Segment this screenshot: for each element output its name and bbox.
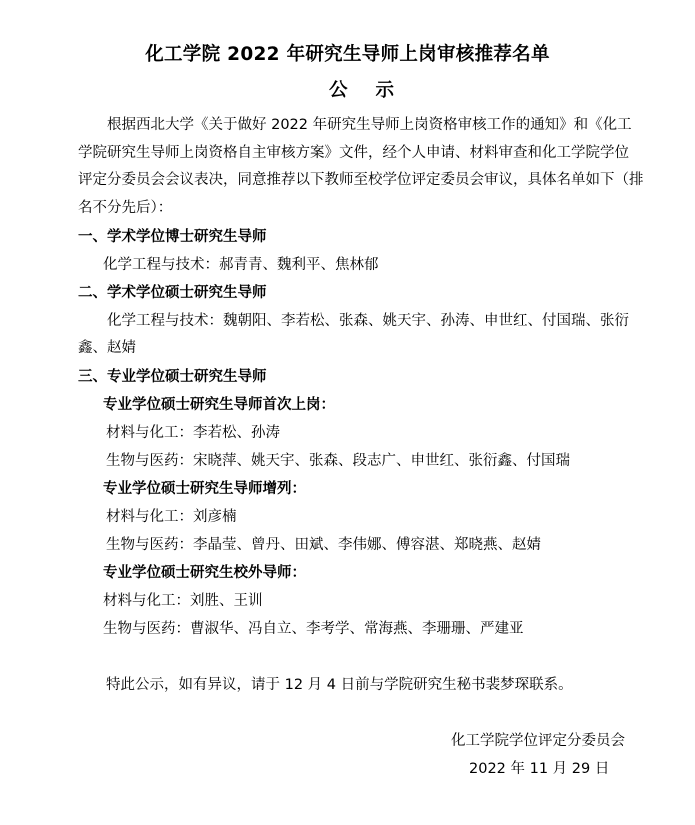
section-heading: 一、学术学位博士研究生导师 (78, 227, 267, 247)
document-subtitle: 公示 (0, 79, 695, 103)
section-heading: 二、学术学位硕士研究生导师 (78, 283, 267, 303)
name-list-line: 化学工程与技术：魏朝阳、李若松、张森、姚天宇、孙涛、申世红、付国瑞、张衍 (107, 311, 629, 331)
name-list-line: 生物与医药：宋晓萍、姚天宇、张森、段志广、申世红、张衍鑫、付国瑞 (106, 451, 570, 471)
name-list-line: 生物与医药：李晶莹、曾丹、田斌、李伟娜、傅容湛、郑晓燕、赵婧 (106, 535, 541, 555)
intro-line: 学院研究生导师上岗资格自主审核方案》文件，经个人申请、材料审查和化工学院学位 (78, 143, 629, 163)
name-list-line: 鑫、赵婧 (78, 338, 136, 358)
document-title: 化工学院 2022 年研究生导师上岗审核推荐名单 (0, 43, 695, 67)
name-list-line: 材料与化工：刘胜、王训 (103, 591, 263, 611)
name-list-line: 化学工程与技术：郝青青、魏利平、焦林郁 (103, 255, 379, 275)
signature-org: 化工学院学位评定分委员会 (451, 731, 625, 751)
name-list-line: 生物与医药：曹淑华、冯自立、李考学、常海燕、李珊珊、严建亚 (103, 619, 524, 639)
intro-line: 名不分先后）： (78, 198, 172, 218)
intro-line: 根据西北大学《关于做好 2022 年研究生导师上岗资格审核工作的通知》和《化工 (107, 115, 632, 135)
subsection-heading: 专业学位硕士研究生校外导师： (103, 563, 306, 583)
signature-date: 2022 年 11 月 29 日 (469, 759, 609, 779)
name-list-line: 材料与化工：刘彦楠 (106, 507, 237, 527)
subsection-heading: 专业学位硕士研究生导师增列： (103, 479, 306, 499)
section-heading: 三、专业学位硕士研究生导师 (78, 367, 267, 387)
intro-line: 评定分委员会会议表决，同意推荐以下教师至校学位评定委员会审议，具体名单如下（排 (78, 170, 644, 190)
subsection-heading: 专业学位硕士研究生导师首次上岗： (103, 395, 335, 415)
closing-statement: 特此公示，如有异议，请于 12 月 4 日前与学院研究生秘书裴梦琛联系。 (106, 675, 573, 695)
name-list-line: 材料与化工：李若松、孙涛 (106, 423, 280, 443)
